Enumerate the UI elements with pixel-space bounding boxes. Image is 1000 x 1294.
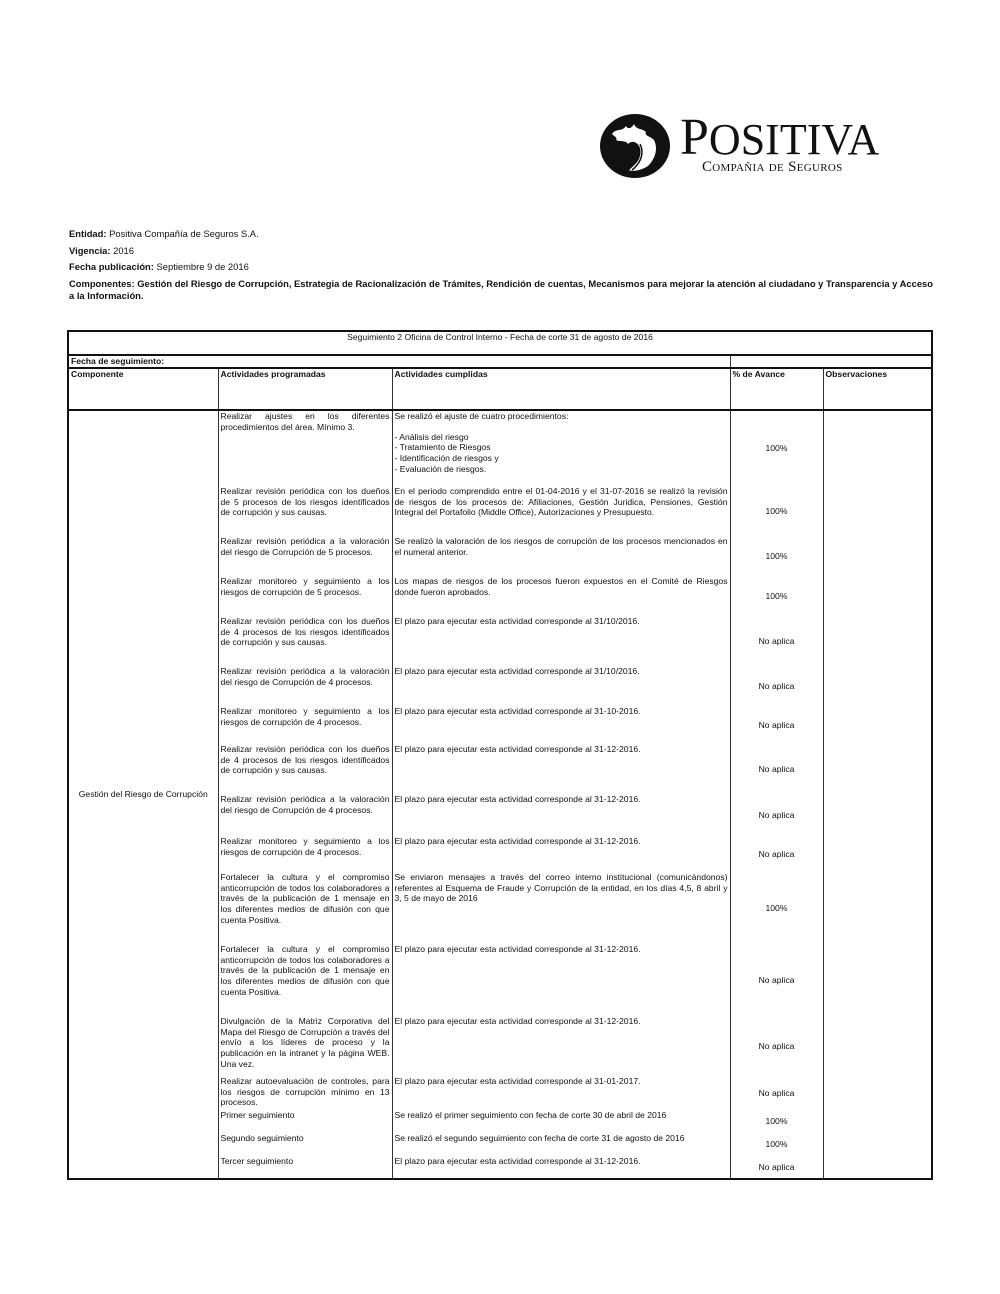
actividad-cumplida-cell: Se enviaron mensajes a través del correo… [392,872,730,944]
actividad-programada-cell: Realizar monitoreo y seguimiento a los r… [218,706,392,744]
avance-cell: No aplica [730,1016,823,1076]
avance-cell: 100% [730,410,823,486]
observaciones-cell [823,744,932,794]
table-title: Seguimiento 2 Oficina de Control Interno… [68,331,932,355]
avance-cell: No aplica [730,836,823,872]
avance-cell: No aplica [730,744,823,794]
componentes-value: Gestión del Riesgo de Corrupción, Estrat… [69,278,933,301]
header-observaciones: Observaciones [823,368,932,410]
actividad-cumplida-cell: Se realizó el primer seguimiento con fec… [392,1110,730,1133]
fecha-publicacion-value: Septiembre 9 de 2016 [157,261,249,272]
actividad-programada-cell: Tercer seguimiento [218,1156,392,1179]
actividad-cumplida-text: El plazo para ejecutar esta actividad co… [395,944,728,955]
actividad-programada-cell: Realizar revisión periódica a la valorac… [218,666,392,706]
actividad-programada-cell: Realizar autoevaluación de controles, pa… [218,1076,392,1110]
avance-cell: No aplica [730,944,823,1016]
actividad-cumplida-text: El plazo para ejecutar esta actividad co… [395,836,728,847]
observaciones-cell [823,794,932,836]
actividad-programada-cell: Realizar ajustes en los diferentes proce… [218,410,392,486]
positiva-wave-logo-icon [598,112,672,180]
document-metadata: Entidad: Positiva Compañía de Seguros S.… [69,228,939,306]
observaciones-cell [823,706,932,744]
procedimiento-list-item: - Análisis del riesgo [395,432,728,443]
actividad-programada-cell: Realizar revisión periódica con los dueñ… [218,616,392,666]
actividad-programada-cell: Primer seguimiento [218,1110,392,1133]
avance-cell: 100% [730,872,823,944]
observaciones-cell [823,486,932,536]
header-avance: % de Avance [730,368,823,410]
actividad-cumplida-cell: El plazo para ejecutar esta actividad co… [392,1016,730,1076]
fecha-seguimiento-value [730,355,932,368]
header-componente: Componente [68,368,218,410]
actividad-cumplida-text: El plazo para ejecutar esta actividad co… [395,666,728,677]
company-logo: POSITIVA Compañia de Seguros [598,112,898,180]
avance-cell: 100% [730,1133,823,1156]
avance-cell: 100% [730,576,823,616]
actividad-programada-cell: Divulgación de la Matriz Corporativa del… [218,1016,392,1076]
vigencia-value: 2016 [113,245,134,256]
avance-cell: No aplica [730,1076,823,1110]
componentes-line: Componentes: Gestión del Riesgo de Corru… [69,278,939,302]
actividad-cumplida-text: El plazo para ejecutar esta actividad co… [395,1016,728,1027]
actividad-cumplida-cell: En el periodo comprendido entre el 01-04… [392,486,730,536]
header-actividades-programadas: Actividades programadas [218,368,392,410]
actividad-cumplida-text: El plazo para ejecutar esta actividad co… [395,794,728,805]
observaciones-cell [823,1133,932,1156]
actividad-cumplida-cell: Se realizó el ajuste de cuatro procedimi… [392,410,730,486]
fecha-publicacion-line: Fecha publicación: Septiembre 9 de 2016 [69,261,939,273]
vigencia-label: Vigencia: [69,245,111,256]
avance-cell: No aplica [730,794,823,836]
actividad-cumplida-cell: El plazo para ejecutar esta actividad co… [392,616,730,666]
observaciones-cell [823,1016,932,1076]
actividad-cumplida-text: Los mapas de riesgos de los procesos fue… [395,576,728,597]
actividad-cumplida-cell: Los mapas de riesgos de los procesos fue… [392,576,730,616]
header-actividades-cumplidas: Actividades cumplidas [392,368,730,410]
observaciones-cell [823,576,932,616]
observaciones-cell [823,1156,932,1179]
observaciones-cell [823,872,932,944]
brand-subtitle: Compañia de Seguros [702,159,843,175]
entidad-line: Entidad: Positiva Compañía de Seguros S.… [69,228,939,240]
actividad-cumplida-cell: El plazo para ejecutar esta actividad co… [392,944,730,1016]
observaciones-cell [823,536,932,576]
actividad-cumplida-cell: El plazo para ejecutar esta actividad co… [392,706,730,744]
avance-cell: No aplica [730,616,823,666]
table-header-row: Componente Actividades programadas Activ… [68,368,932,410]
actividad-cumplida-text: Se realizó el ajuste de cuatro procedimi… [395,411,728,422]
avance-cell: No aplica [730,706,823,744]
procedimiento-list-item: - Identificación de riesgos y [395,453,728,464]
avance-cell: 100% [730,536,823,576]
actividad-cumplida-cell: El plazo para ejecutar esta actividad co… [392,1076,730,1110]
procedimiento-list-item: - Tratamiento de Riesgos [395,442,728,453]
actividad-cumplida-text: El plazo para ejecutar esta actividad co… [395,744,728,755]
spacer [395,422,728,432]
entidad-value: Positiva Compañía de Seguros S.A. [109,228,259,239]
observaciones-cell [823,1076,932,1110]
avance-cell: 100% [730,486,823,536]
actividad-cumplida-cell: El plazo para ejecutar esta actividad co… [392,744,730,794]
observaciones-cell [823,616,932,666]
seguimiento-table: Seguimiento 2 Oficina de Control Interno… [67,330,933,1180]
fecha-seguimiento-label: Fecha de seguimiento: [68,355,730,368]
actividad-cumplida-text: El plazo para ejecutar esta actividad co… [395,706,728,717]
vigencia-line: Vigencia: 2016 [69,245,939,257]
componentes-label: Componentes: [69,278,135,289]
avance-cell: No aplica [730,1156,823,1179]
observaciones-cell [823,944,932,1016]
actividad-cumplida-cell: El plazo para ejecutar esta actividad co… [392,836,730,872]
fecha-seguimiento-row: Fecha de seguimiento: [68,355,932,368]
actividad-cumplida-cell: Se realizó el segundo seguimiento con fe… [392,1133,730,1156]
observaciones-cell [823,666,932,706]
table-row: Gestión del Riesgo de CorrupciónRealizar… [68,410,932,486]
actividad-cumplida-text: El plazo para ejecutar esta actividad co… [395,1076,728,1087]
actividad-programada-cell: Fortalecer la cultura y el compromiso an… [218,872,392,944]
table-title-row: Seguimiento 2 Oficina de Control Interno… [68,331,932,355]
entidad-label: Entidad: [69,228,107,239]
procedimiento-list-item: - Evaluación de riesgos. [395,464,728,475]
actividad-cumplida-cell: Se realizó la valoración de los riesgos … [392,536,730,576]
actividad-cumplida-text: El plazo para ejecutar esta actividad co… [395,1156,728,1167]
actividad-programada-cell: Realizar revisión periódica con los dueñ… [218,744,392,794]
actividad-cumplida-cell: El plazo para ejecutar esta actividad co… [392,794,730,836]
observaciones-cell [823,1110,932,1133]
actividad-programada-cell: Fortalecer la cultura y el compromiso an… [218,944,392,1016]
fecha-publicacion-label: Fecha publicación: [69,261,154,272]
actividad-cumplida-text: El plazo para ejecutar esta actividad co… [395,616,728,627]
actividad-programada-cell: Realizar monitoreo y seguimiento a los r… [218,836,392,872]
actividad-cumplida-text: Se enviaron mensajes a través del correo… [395,872,728,904]
actividad-programada-cell: Realizar revisión periódica a la valorac… [218,536,392,576]
observaciones-cell [823,410,932,486]
table-body: Gestión del Riesgo de CorrupciónRealizar… [68,410,932,1179]
actividad-cumplida-text: Se realizó la valoración de los riesgos … [395,536,728,557]
actividad-cumplida-text: Se realizó el segundo seguimiento con fe… [395,1133,728,1144]
observaciones-cell [823,836,932,872]
actividad-cumplida-cell: El plazo para ejecutar esta actividad co… [392,1156,730,1179]
actividad-programada-cell: Realizar monitoreo y seguimiento a los r… [218,576,392,616]
actividad-cumplida-cell: El plazo para ejecutar esta actividad co… [392,666,730,706]
brand-name: POSITIVA [680,116,879,162]
avance-cell: No aplica [730,666,823,706]
actividad-programada-cell: Realizar revisión periódica a la valorac… [218,794,392,836]
actividad-cumplida-text: En el periodo comprendido entre el 01-04… [395,486,728,518]
actividad-programada-cell: Realizar revisión periódica con los dueñ… [218,486,392,536]
actividad-programada-cell: Segundo seguimiento [218,1133,392,1156]
componente-cell: Gestión del Riesgo de Corrupción [68,410,218,1179]
actividad-cumplida-text: Se realizó el primer seguimiento con fec… [395,1110,728,1121]
avance-cell: 100% [730,1110,823,1133]
